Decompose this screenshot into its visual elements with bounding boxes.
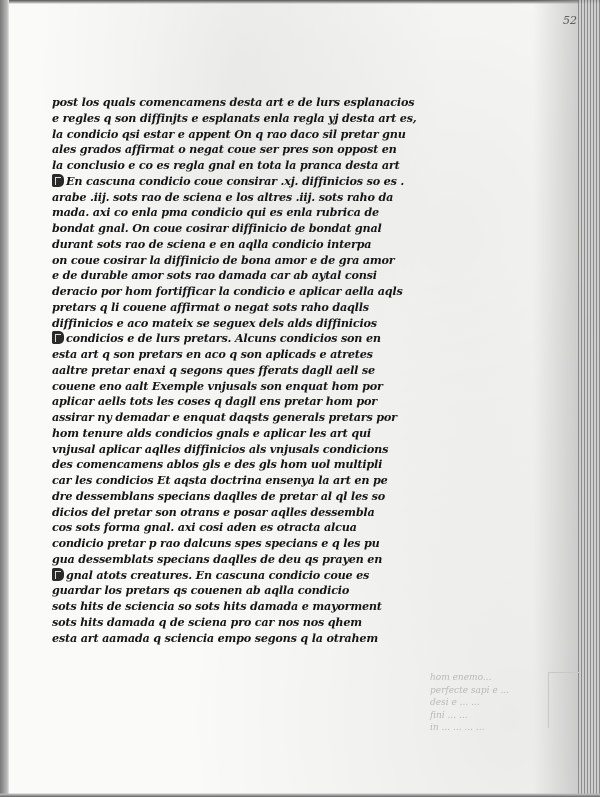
manuscript-line-text: bondat gnal. On coue cosirar diffinicio … bbox=[52, 221, 382, 235]
manuscript-line-text: e de durable amor sots rao damada car ab… bbox=[52, 268, 377, 282]
marginalia-line: in ... ... ... ... bbox=[430, 722, 580, 735]
marginalia-note: hom enemo...perfecte sapi e ...desi e ..… bbox=[430, 672, 580, 735]
manuscript-line-text: car les condicios Et aqsta doctrina ense… bbox=[52, 473, 388, 487]
manuscript-line: car les condicios Et aqsta doctrina ense… bbox=[52, 473, 462, 489]
manuscript-line: la condicio qsi estar e appent On q rao … bbox=[52, 127, 462, 143]
manuscript-line-text: e regles q son diffinjts e esplanats enl… bbox=[52, 111, 416, 125]
manuscript-line-text: la condicio qsi estar e appent On q rao … bbox=[52, 127, 406, 141]
manuscript-line: bondat gnal. On coue cosirar diffinicio … bbox=[52, 221, 462, 237]
manuscript-line: aplicar aells tots les coses q dagll ens… bbox=[52, 394, 462, 410]
manuscript-line: la conclusio e co es regla gnal en tota … bbox=[52, 158, 462, 174]
manuscript-line: cos sots forma gnal. axi cosi aden es ot… bbox=[52, 520, 462, 536]
manuscript-line: diffinicios e aco mateix se seguex dels … bbox=[52, 316, 462, 332]
folio-number: 52 bbox=[563, 14, 577, 27]
manuscript-line: aaltre pretar enaxi q segons ques fferat… bbox=[52, 363, 462, 379]
marginalia-line: fini ... ... bbox=[430, 710, 580, 723]
manuscript-line: esta art aamada q sciencia empo segons q… bbox=[52, 631, 462, 647]
page-top-edge bbox=[0, 0, 600, 4]
manuscript-line-text: diffinicios e aco mateix se seguex dels … bbox=[52, 316, 377, 330]
manuscript-line-text: esta art q son pretars en aco q son apli… bbox=[52, 347, 373, 361]
manuscript-line-text: cos sots forma gnal. axi cosi aden es ot… bbox=[52, 520, 357, 534]
manuscript-line-text: post los quals comencamens desta art e d… bbox=[52, 95, 414, 109]
manuscript-line-text: gua dessemblats specians daqlles de deu … bbox=[52, 552, 382, 566]
manuscript-line-text: pretars q li couene affirmat o negat sot… bbox=[52, 300, 369, 314]
manuscript-line: on coue cosirar la diffinicio de bona am… bbox=[52, 253, 462, 269]
manuscript-line-text: assirar ny demadar e enquat daqsts gener… bbox=[52, 410, 397, 424]
manuscript-line: sots hits de sciencia so sots hits damad… bbox=[52, 599, 462, 615]
manuscript-line-text: durant sots rao de sciena e en aqlla con… bbox=[52, 237, 371, 251]
manuscript-line: ales grados affirmat o negat coue ser pr… bbox=[52, 142, 462, 158]
manuscript-page: 52 post los quals comencamens desta art … bbox=[0, 0, 600, 797]
manuscript-line: post los quals comencamens desta art e d… bbox=[52, 95, 462, 111]
manuscript-line-text: couene eno aalt Exemple vnjusals son enq… bbox=[52, 379, 383, 393]
manuscript-line-text: dre dessemblans specians daqlles de pret… bbox=[52, 489, 385, 503]
manuscript-line-text: dicios del pretar son otrans e posar aql… bbox=[52, 505, 375, 519]
manuscript-line: assirar ny demadar e enquat daqsts gener… bbox=[52, 410, 462, 426]
manuscript-line: hom tenure alds condicios gnals e aplica… bbox=[52, 426, 462, 442]
manuscript-line: e regles q son diffinjts e esplanats enl… bbox=[52, 111, 462, 127]
manuscript-line: esta art q son pretars en aco q son apli… bbox=[52, 347, 462, 363]
manuscript-line-text: aplicar aells tots les coses q dagll ens… bbox=[52, 394, 377, 408]
marginalia-line: desi e ... ... bbox=[430, 697, 580, 710]
manuscript-line-text: la conclusio e co es regla gnal en tota … bbox=[52, 158, 400, 172]
pilcrow-icon bbox=[52, 568, 64, 581]
manuscript-line: arabe .iij. sots rao de sciena e los alt… bbox=[52, 190, 462, 206]
manuscript-line: couene eno aalt Exemple vnjusals son enq… bbox=[52, 379, 462, 395]
manuscript-line: condicios e de lurs pretars. Alcuns cond… bbox=[52, 331, 462, 347]
manuscript-line-text: sots hits damada q de sciena pro car nos… bbox=[52, 615, 362, 629]
manuscript-line: mada. axi co enla pma condicio qui es en… bbox=[52, 205, 462, 221]
manuscript-line: gua dessemblats specians daqlles de deu … bbox=[52, 552, 462, 568]
manuscript-text-block: post los quals comencamens desta art e d… bbox=[52, 95, 462, 646]
manuscript-line: pretars q li couene affirmat o negat sot… bbox=[52, 300, 462, 316]
manuscript-line: guardar los pretars qs couenen ab aqlla … bbox=[52, 583, 462, 599]
marginalia-line: perfecte sapi e ... bbox=[430, 685, 580, 698]
manuscript-line: vnjusal aplicar aqlles diffinicios als v… bbox=[52, 442, 462, 458]
manuscript-line-text: En cascuna condicio coue consirar .xj. d… bbox=[66, 174, 404, 188]
manuscript-line-text: mada. axi co enla pma condicio qui es en… bbox=[52, 205, 379, 219]
manuscript-line-text: aaltre pretar enaxi q segons ques fferat… bbox=[52, 363, 375, 377]
page-bottom-edge bbox=[0, 793, 600, 797]
manuscript-line: gnal atots creatures. En cascuna condici… bbox=[52, 568, 462, 584]
manuscript-line: En cascuna condicio coue consirar .xj. d… bbox=[52, 174, 462, 190]
manuscript-line: sots hits damada q de sciena pro car nos… bbox=[52, 615, 462, 631]
pilcrow-icon bbox=[52, 174, 64, 187]
manuscript-line: dre dessemblans specians daqlles de pret… bbox=[52, 489, 462, 505]
manuscript-line-text: gnal atots creatures. En cascuna condici… bbox=[66, 568, 369, 582]
book-fore-edge bbox=[578, 0, 600, 797]
manuscript-line-text: condicios e de lurs pretars. Alcuns cond… bbox=[66, 331, 381, 345]
manuscript-line: e de durable amor sots rao damada car ab… bbox=[52, 268, 462, 284]
manuscript-line-text: arabe .iij. sots rao de sciena e los alt… bbox=[52, 190, 393, 204]
manuscript-line-text: esta art aamada q sciencia empo segons q… bbox=[52, 631, 378, 645]
manuscript-line-text: vnjusal aplicar aqlles diffinicios als v… bbox=[52, 442, 388, 456]
marginalia-line: hom enemo... bbox=[430, 672, 580, 685]
manuscript-line-text: des comencamens ablos gls e des gls hom … bbox=[52, 457, 382, 471]
manuscript-line: condicio pretar p rao dalcuns spes speci… bbox=[52, 536, 462, 552]
manuscript-line-text: guardar los pretars qs couenen ab aqlla … bbox=[52, 583, 349, 597]
manuscript-line-text: sots hits de sciencia so sots hits damad… bbox=[52, 599, 382, 613]
manuscript-line: durant sots rao de sciena e en aqlla con… bbox=[52, 237, 462, 253]
manuscript-line-text: on coue cosirar la diffinicio de bona am… bbox=[52, 253, 395, 267]
manuscript-line: deracio por hom fortifficar la condicio … bbox=[52, 284, 462, 300]
manuscript-line-text: deracio por hom fortifficar la condicio … bbox=[52, 284, 403, 298]
book-gutter bbox=[0, 0, 9, 797]
pilcrow-icon bbox=[52, 331, 64, 344]
manuscript-line-text: condicio pretar p rao dalcuns spes speci… bbox=[52, 536, 380, 550]
manuscript-line-text: ales grados affirmat o negat coue ser pr… bbox=[52, 142, 397, 156]
manuscript-line: des comencamens ablos gls e des gls hom … bbox=[52, 457, 462, 473]
manuscript-line: dicios del pretar son otrans e posar aql… bbox=[52, 505, 462, 521]
manuscript-line-text: hom tenure alds condicios gnals e aplica… bbox=[52, 426, 371, 440]
